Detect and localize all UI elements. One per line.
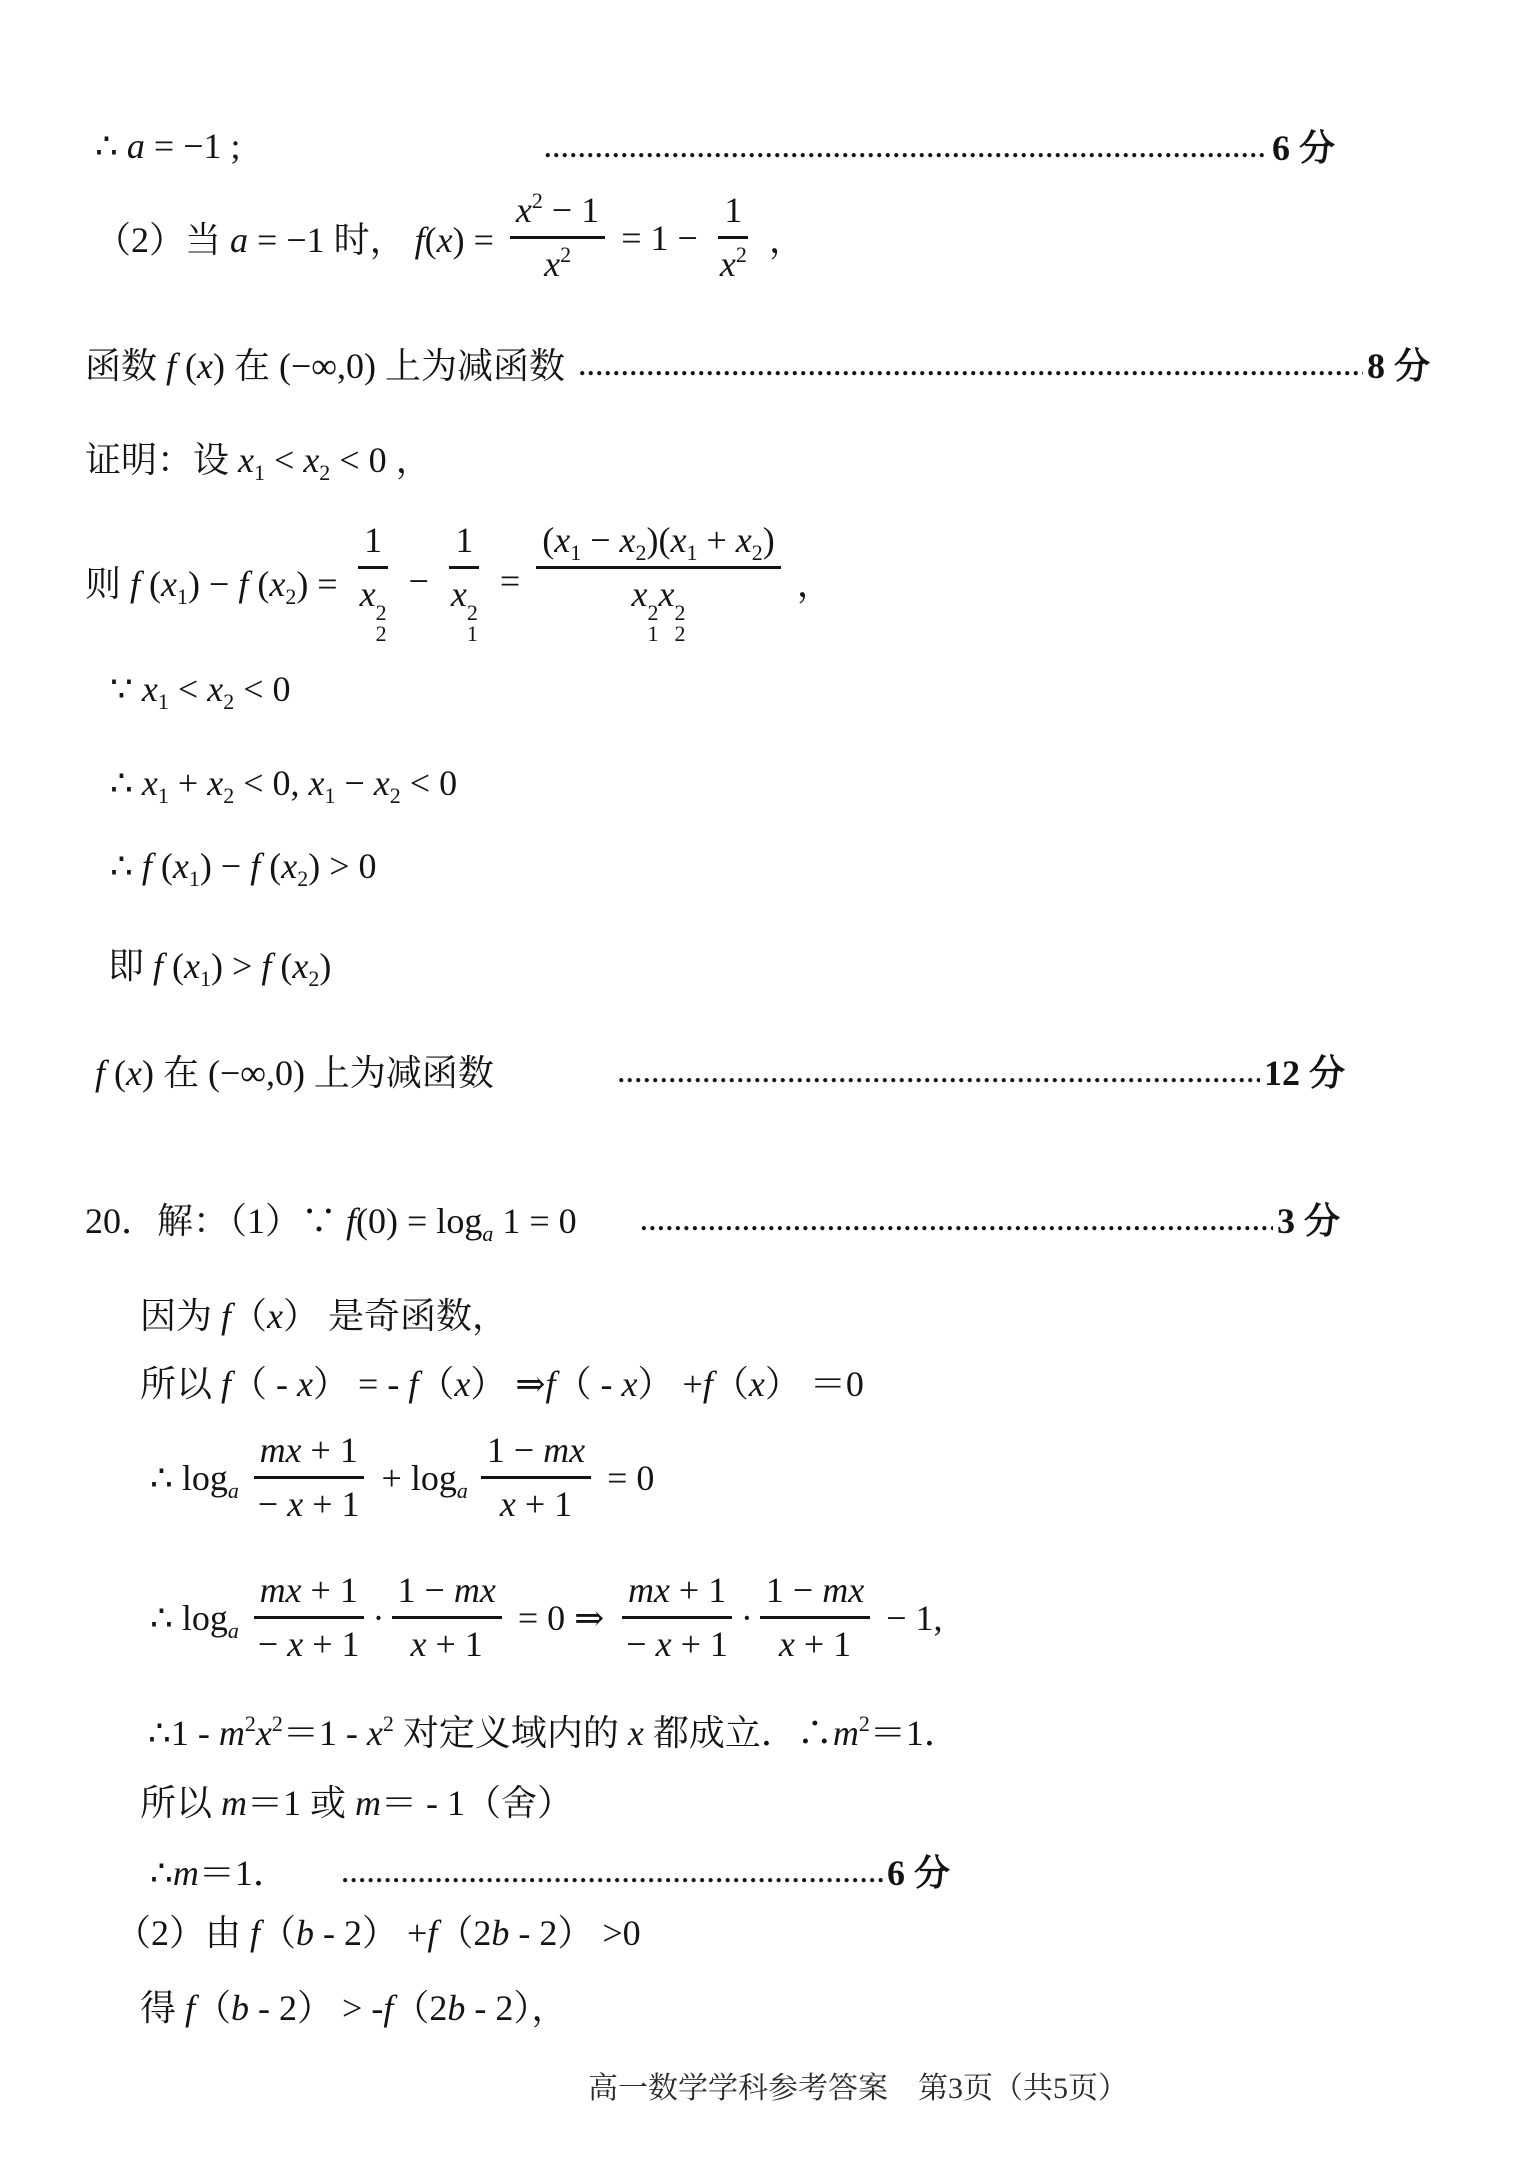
- line-odd-function-implication: 所以 f（ - x） = - f（x） ⇒f（ - x） +f（x） ＝0: [140, 1356, 864, 1407]
- text-run: = 1 −: [612, 217, 707, 259]
- answer-sheet-page: ∴ a = −1 ;..............................…: [0, 0, 1536, 2169]
- text-run: 1 − mx: [487, 1430, 585, 1470]
- fraction: 1 − mxx + 1: [481, 1428, 591, 1527]
- score-mark: 12 分: [1264, 1053, 1345, 1093]
- text-run: −: [400, 560, 438, 602]
- line-log-sum-equation: ∴ logamx + 1− x + 1 + loga1 − mxx + 1 = …: [150, 1428, 654, 1527]
- text-run: x21x22: [631, 574, 685, 614]
- line-part2-fx-expression: （2）当 a = −1 时， f(x) = x2 − 1x2 = 1 − 1x2…: [95, 188, 805, 287]
- dotted-leader: ........................................…: [579, 354, 1363, 380]
- text-run: x + 1: [779, 1624, 851, 1664]
- text-run: x + 1: [411, 1624, 483, 1664]
- fraction: 1x2: [714, 188, 753, 287]
- text-run: 所以 m＝1 或 m＝ - 1（舍）: [140, 1775, 573, 1826]
- line-because-odd-function: 因为 f（x） 是奇函数，: [140, 1288, 508, 1339]
- text-run: ∴ a = −1 ;: [95, 125, 241, 167]
- line-m-equals-1-conclusion: ∴m＝1． ..................................…: [150, 1845, 950, 1896]
- text-run: 6 分: [1272, 120, 1335, 171]
- fraction: mx + 1− x + 1: [252, 1568, 366, 1667]
- text-run: ∵ x1 < x2 < 0: [110, 668, 291, 710]
- line-m-values: 所以 m＝1 或 m＝ - 1（舍）: [140, 1775, 573, 1826]
- fraction: mx + 1− x + 1: [620, 1568, 734, 1667]
- text-run: ·: [741, 1597, 753, 1639]
- text-run: （2）当 a = −1 时， f(x) =: [95, 212, 503, 263]
- text-run: 12 分: [1264, 1045, 1345, 1096]
- text-run: ∴ x1 + x2 < 0, x1 − x2 < 0: [110, 762, 457, 804]
- page-footer: 高一数学学科参考答案 第3页（共5页）: [180, 2063, 1536, 2107]
- text-run: =: [491, 560, 529, 602]
- line-part2-inequality: （2）由 f（b - 2） +f（2b - 2） >0: [115, 1905, 641, 1956]
- text-run: 即 f (x1) > f (x2): [108, 938, 331, 989]
- line-therefore-diff-positive: ∴ f (x1) − f (x2) > 0: [110, 845, 377, 887]
- line-therefore-a-eq-neg1: ∴ a = −1 ;..............................…: [95, 120, 1335, 171]
- dotted-leader: ........................................…: [618, 1061, 1260, 1087]
- text-run: 1: [364, 520, 382, 560]
- text-run: 8 分: [1367, 338, 1430, 389]
- text-run: ，: [788, 556, 833, 607]
- text-run: f (x) 在 (−∞,0) 上为减函数: [95, 1045, 494, 1096]
- line-fx-decreasing-statement: 函数 f (x) 在 (−∞,0) 上为减函数.................…: [85, 338, 1430, 389]
- text-run: 则 f (x1) − f (x2) =: [85, 556, 347, 607]
- dotted-leader: ........................................…: [545, 136, 1268, 162]
- text-run: x2: [720, 244, 747, 284]
- text-run: 20．解：（1）∵ f(0) = loga 1 = 0: [85, 1193, 577, 1244]
- fraction: 1x22: [354, 518, 393, 645]
- text-run: 函数 f (x) 在 (−∞,0) 上为减函数: [85, 338, 565, 389]
- text-run: ·: [373, 1597, 385, 1639]
- text-run: mx + 1: [260, 1430, 358, 1470]
- text-run: 3 分: [1277, 1193, 1340, 1244]
- line-derived-inequality: 得 f（b - 2） > -f（2b - 2），: [140, 1980, 567, 2031]
- line-q20-part1-f0: 20．解：（1）∵ f(0) = loga 1 = 0.............…: [85, 1193, 1340, 1244]
- text-run: 1: [724, 190, 742, 230]
- text-run: − x + 1: [258, 1624, 360, 1664]
- text-run: = 0 ⇒: [509, 1597, 613, 1639]
- text-run: 1 − mx: [398, 1570, 496, 1610]
- text-run: ∴m＝1．: [150, 1845, 298, 1896]
- score-mark: 3 分: [1277, 1201, 1340, 1241]
- text-run: (x1 − x2)(x1 + x2): [542, 520, 775, 560]
- dotted-leader: ........................................…: [342, 1861, 883, 1887]
- text-run: = 0: [598, 1457, 654, 1499]
- dotted-leader: ........................................…: [641, 1209, 1273, 1235]
- text-run: 得 f（b - 2） > -f（2b - 2），: [140, 1980, 567, 2031]
- score-mark: 6 分: [1272, 128, 1335, 168]
- text-run: x21: [451, 574, 478, 614]
- fraction: x2 − 1x2: [510, 188, 605, 287]
- text-run: 1 − mx: [766, 1570, 864, 1610]
- text-run: 1: [455, 520, 473, 560]
- text-run: + loga: [373, 1457, 468, 1499]
- text-run: ∴ loga: [150, 1457, 239, 1499]
- text-run: （2）由 f（b - 2） +f（2b - 2） >0: [115, 1905, 641, 1956]
- fraction: 1 − mxx + 1: [760, 1568, 870, 1667]
- text-run: ∴1 - m2x2＝1 - x2 对定义域内的 x 都成立．∴m2＝1．: [148, 1705, 960, 1756]
- line-fx-decreasing-conclusion: f (x) 在 (−∞,0) 上为减函数....................…: [95, 1045, 1345, 1096]
- text-run: x + 1: [500, 1484, 572, 1524]
- text-run: − x + 1: [258, 1484, 360, 1524]
- line-m-squared-identity: ∴1 - m2x2＝1 - x2 对定义域内的 x 都成立．∴m2＝1．: [148, 1705, 960, 1756]
- text-run: x22: [360, 574, 387, 614]
- fraction: 1 − mxx + 1: [392, 1568, 502, 1667]
- line-thus-fx1-gt-fx2: 即 f (x1) > f (x2): [108, 938, 331, 989]
- text-run: x2 − 1: [516, 190, 599, 230]
- line-fx1-minus-fx2: 则 f (x1) − f (x2) = 1x22 − 1x21 = (x1 − …: [85, 518, 833, 645]
- text-run: 所以 f（ - x） = - f（x） ⇒f（ - x） +f（x） ＝0: [140, 1356, 864, 1407]
- text-run: − 1,: [877, 1597, 942, 1639]
- text-run: 6 分: [887, 1845, 950, 1896]
- text-run: mx + 1: [628, 1570, 726, 1610]
- text-run: ∴ loga: [150, 1597, 239, 1639]
- fraction: 1x21: [445, 518, 484, 645]
- line-log-product-equation: ∴ logamx + 1− x + 1·1 − mxx + 1 = 0 ⇒ mx…: [150, 1568, 943, 1667]
- score-mark: 6 分: [887, 1853, 950, 1893]
- text-run: ∴ f (x1) − f (x2) > 0: [110, 845, 377, 887]
- fraction: mx + 1− x + 1: [252, 1428, 366, 1527]
- line-therefore-sums-signs: ∴ x1 + x2 < 0, x1 − x2 < 0: [110, 762, 457, 804]
- fraction: (x1 − x2)(x1 + x2)x21x22: [536, 518, 781, 645]
- text-run: 证明：设 x1 < x2 < 0 ，: [85, 432, 432, 483]
- line-because-x1-lt-x2: ∵ x1 < x2 < 0: [110, 668, 291, 710]
- score-mark: 8 分: [1367, 346, 1430, 386]
- text-run: mx + 1: [260, 1570, 358, 1610]
- text-run: ，: [760, 212, 805, 263]
- line-proof-assume: 证明：设 x1 < x2 < 0 ，: [85, 432, 432, 483]
- text-run: x2: [544, 244, 571, 284]
- text-run: − x + 1: [626, 1624, 728, 1664]
- text-run: 因为 f（x） 是奇函数，: [140, 1288, 508, 1339]
